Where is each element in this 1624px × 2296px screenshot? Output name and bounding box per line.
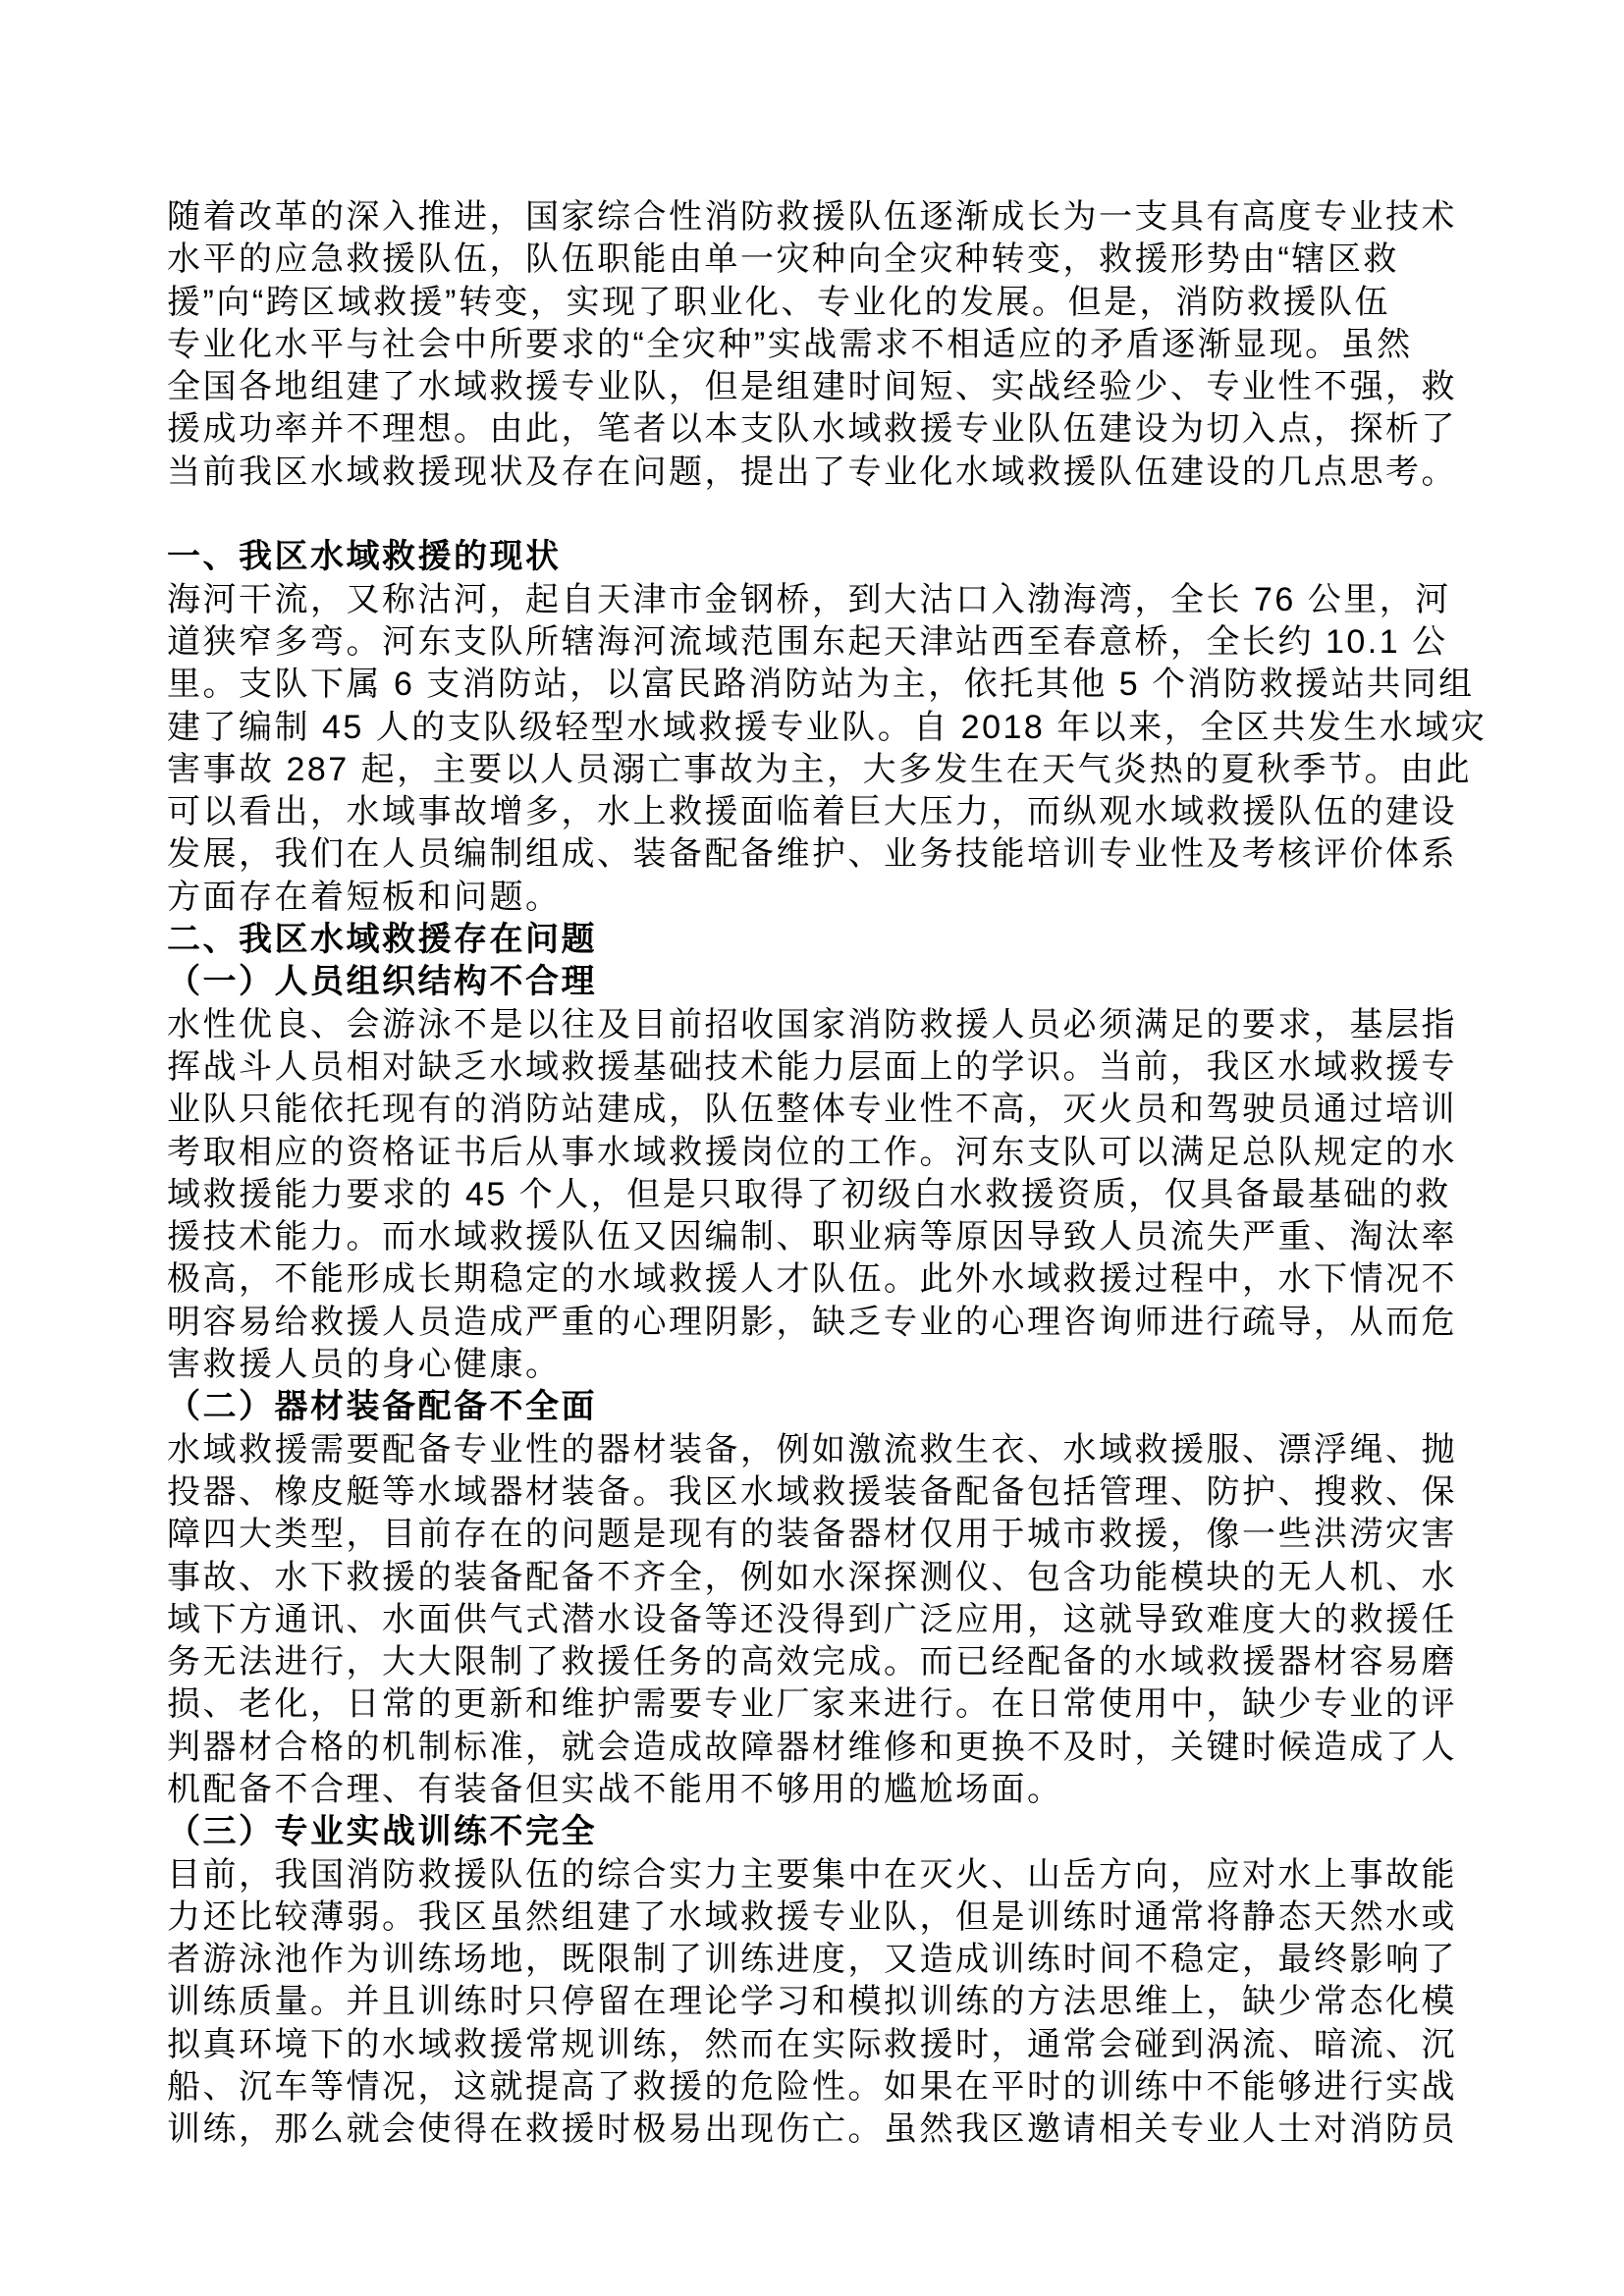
- text-line: 考取相应的资格证书后从事水域救援岗位的工作。河东支队可以满足总队规定的水: [167, 1132, 1473, 1174]
- text-line: 援技术能力。而水域救援队伍又因编制、职业病等原因导致人员流失严重、淘汰率: [167, 1216, 1473, 1258]
- text-line: 明容易给救援人员造成严重的心理阴影，缺乏专业的心理咨询师进行疏导，从而危: [167, 1302, 1473, 1344]
- section-heading: （二）器材装备配备不全面: [167, 1386, 1473, 1428]
- text-line: 里。支队下属 6 支消防站，以富民路消防站为主，依托其他 5 个消防救援站共同组: [167, 664, 1473, 706]
- text-line: 训练质量。并且训练时只停留在理论学习和模拟训练的方法思维上，缺少常态化模: [167, 1981, 1473, 2023]
- text-line: 发展，我们在人员编制组成、装备配备维护、业务技能培训专业性及考核评价体系: [167, 833, 1473, 876]
- text-line: 域救援能力要求的 45 个人，但是只取得了初级白水救援资质，仅具备最基础的救: [167, 1174, 1473, 1216]
- text-line: 者游泳池作为训练场地，既限制了训练进度，又造成训练时间不稳定，最终影响了: [167, 1939, 1473, 1981]
- text-line: 害救援人员的身心健康。: [167, 1344, 1473, 1386]
- section-heading: 一、我区水域救援的现状: [167, 536, 1473, 578]
- text-line: 方面存在着短板和问题。: [167, 877, 1473, 919]
- section-heading: （一）人员组织结构不合理: [167, 961, 1473, 1003]
- heading-line: 一、我区水域救援的现状: [167, 536, 1473, 578]
- text-line: 水平的应急救援队伍，队伍职能由单一灾种向全灾种转变，救援形势由“辖区救: [167, 239, 1473, 281]
- text-line: 可以看出，水域事故增多，水上救援面临着巨大压力，而纵观水域救援队伍的建设: [167, 791, 1473, 833]
- section-heading: （三）专业实战训练不完全: [167, 1811, 1473, 1853]
- body-paragraph: 目前，我国消防救援队伍的综合实力主要集中在灭火、山岳方向，应对水上事故能力还比较…: [167, 1854, 1473, 2152]
- body-paragraph: 海河干流，又称沽河，起自天津市金钢桥，到大沽口入渤海湾，全长 76 公里，河道狭…: [167, 579, 1473, 919]
- text-line: 投器、橡皮艇等水域器材装备。我区水域救援装备配备包括管理、防护、搜救、保: [167, 1471, 1473, 1514]
- text-line: 当前我区水域救援现状及存在问题，提出了专业化水域救援队伍建设的几点思考。: [167, 452, 1473, 494]
- text-line: 机配备不合理、有装备但实战不能用不够用的尴尬场面。: [167, 1769, 1473, 1811]
- section-heading: 二、我区水域救援存在问题: [167, 919, 1473, 961]
- text-line: 船、沉车等情况，这就提高了救援的危险性。如果在平时的训练中不能够进行实战: [167, 2066, 1473, 2109]
- heading-line: （三）专业实战训练不完全: [167, 1811, 1473, 1853]
- text-line: 道狭窄多弯。河东支队所辖海河流域范围东起天津站西至春意桥，全长约 10.1 公: [167, 621, 1473, 664]
- text-line: 水性优良、会游泳不是以往及目前招收国家消防救援人员必须满足的要求，基层指: [167, 1004, 1473, 1046]
- text-line: 专业化水平与社会中所要求的“全灾种”实战需求不相适应的矛盾逐渐显现。虽然: [167, 324, 1473, 366]
- text-line: 业队只能依托现有的消防站建成，队伍整体专业性不高，灭火员和驾驶员通过培训: [167, 1089, 1473, 1131]
- text-line: 海河干流，又称沽河，起自天津市金钢桥，到大沽口入渤海湾，全长 76 公里，河: [167, 579, 1473, 621]
- text-line: 援”向“跨区域救援”转变，实现了职业化、专业化的发展。但是，消防救援队伍: [167, 282, 1473, 324]
- heading-line: （一）人员组织结构不合理: [167, 961, 1473, 1003]
- text-line: 判器材合格的机制标准，就会造成故障器材维修和更换不及时，关键时候造成了人: [167, 1727, 1473, 1769]
- document-page: 随着改革的深入推进，国家综合性消防救援队伍逐渐成长为一支具有高度专业技术水平的应…: [0, 0, 1624, 2296]
- text-line: 损、老化，日常的更新和维护需要专业厂家来进行。在日常使用中，缺少专业的评: [167, 1683, 1473, 1726]
- body-paragraph: 水性优良、会游泳不是以往及目前招收国家消防救援人员必须满足的要求，基层指挥战斗人…: [167, 1004, 1473, 1387]
- text-line: 务无法进行，大大限制了救援任务的高效完成。而已经配备的水域救援器材容易磨: [167, 1641, 1473, 1683]
- text-line: 目前，我国消防救援队伍的综合实力主要集中在灭火、山岳方向，应对水上事故能: [167, 1854, 1473, 1896]
- text-line: 挥战斗人员相对缺乏水域救援基础技术能力层面上的学识。当前，我区水域救援专: [167, 1046, 1473, 1089]
- text-line: 随着改革的深入推进，国家综合性消防救援队伍逐渐成长为一支具有高度专业技术: [167, 196, 1473, 239]
- body-paragraph: 随着改革的深入推进，国家综合性消防救援队伍逐渐成长为一支具有高度专业技术水平的应…: [167, 196, 1473, 494]
- body-paragraph: 水域救援需要配备专业性的器材装备，例如激流救生衣、水域救援服、漂浮绳、抛投器、橡…: [167, 1429, 1473, 1812]
- text-line: 域下方通讯、水面供气式潜水设备等还没得到广泛应用，这就导致难度大的救援任: [167, 1599, 1473, 1641]
- text-line: 训练，那么就会使得在救援时极易出现伤亡。虽然我区邀请相关专业人士对消防员: [167, 2109, 1473, 2151]
- document-text-content: 随着改革的深入推进，国家综合性消防救援队伍逐渐成长为一支具有高度专业技术水平的应…: [167, 196, 1473, 2152]
- heading-line: （二）器材装备配备不全面: [167, 1386, 1473, 1428]
- text-line: 力还比较薄弱。我区虽然组建了水域救援专业队，但是训练时通常将静态天然水或: [167, 1896, 1473, 1939]
- text-line: 拟真环境下的水域救援常规训练，然而在实际救援时，通常会碰到涡流、暗流、沉: [167, 2024, 1473, 2066]
- text-line: 害事故 287 起，主要以人员溺亡事故为主，大多发生在天气炎热的夏秋季节。由此: [167, 749, 1473, 791]
- text-line: 障四大类型，目前存在的问题是现有的装备器材仅用于城市救援，像一些洪涝灾害: [167, 1514, 1473, 1556]
- text-line: 事故、水下救援的装备配备不齐全，例如水深探测仪、包含功能模块的无人机、水: [167, 1557, 1473, 1599]
- text-line: 极高，不能形成长期稳定的水域救援人才队伍。此外水域救援过程中，水下情况不: [167, 1258, 1473, 1301]
- text-line: 建了编制 45 人的支队级轻型水域救援专业队。自 2018 年以来，全区共发生水…: [167, 707, 1473, 749]
- heading-line: 二、我区水域救援存在问题: [167, 919, 1473, 961]
- text-line: 水域救援需要配备专业性的器材装备，例如激流救生衣、水域救援服、漂浮绳、抛: [167, 1429, 1473, 1471]
- text-line: 全国各地组建了水域救援专业队，但是组建时间短、实战经验少、专业性不强，救: [167, 366, 1473, 408]
- blank-line: [167, 494, 1473, 536]
- text-line: 援成功率并不理想。由此，笔者以本支队水域救援专业队伍建设为切入点，探析了: [167, 408, 1473, 451]
